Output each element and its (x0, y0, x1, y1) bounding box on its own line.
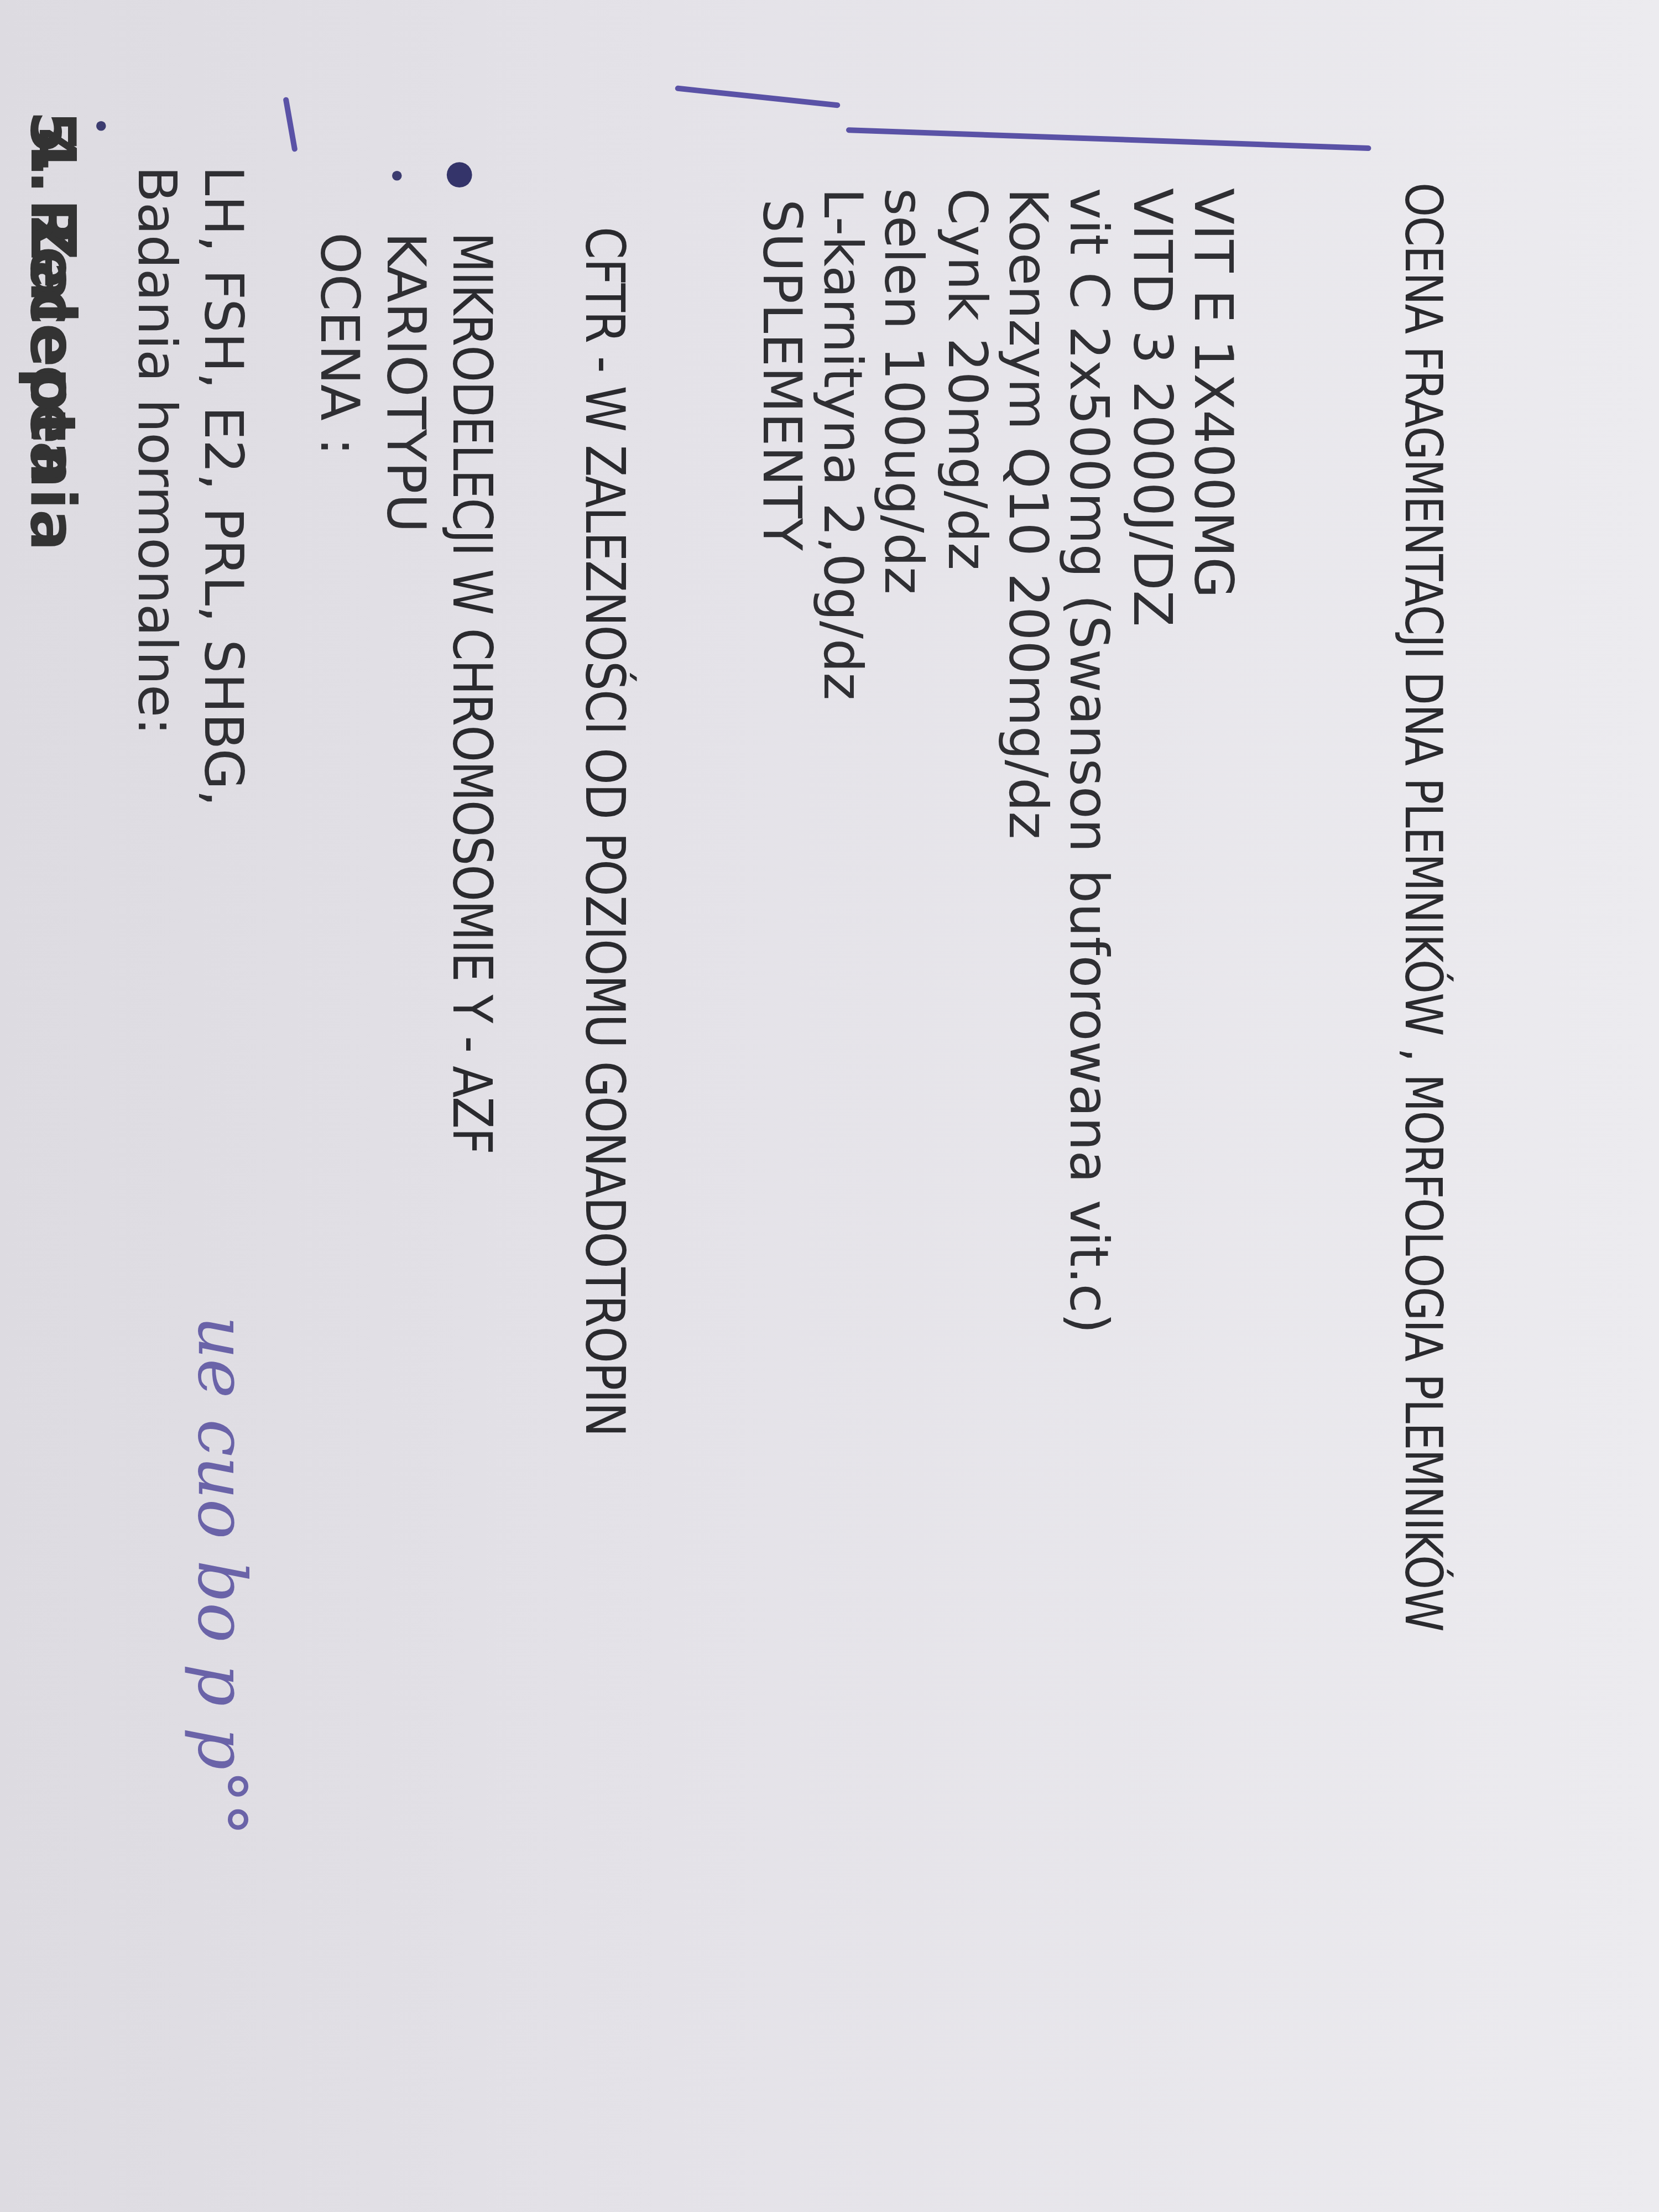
pen-bracket-vertical (846, 127, 1371, 151)
supplement-item: selen 100ug/dz (873, 188, 935, 594)
hormonal-tests-label: Badania hormonalne: (126, 166, 188, 735)
section-5-number: 5. (17, 111, 88, 177)
further-assessment: OCENA FRAGMENTACJI DNA PLEMNIKÓW , MORFO… (1394, 182, 1453, 1631)
assessment-label: OCENA : (309, 232, 371, 456)
supplement-item: VIT E 1X400MG (1182, 188, 1244, 598)
assessment-item: MIKRODELECJI W CHROMOSOMIE Y - AZF (440, 232, 503, 1154)
hormonal-tests-items: LH, FSH, E2, PRL, SHBG, (192, 166, 254, 806)
pen-bracket-top (675, 85, 840, 108)
assessment-item: KARIOTYPU (375, 232, 437, 533)
pen-bracket-bottom (283, 97, 298, 152)
assessment-item: CFTR - W ZALEZNOŚCI OD POZIOMU GONADOTRO… (573, 227, 636, 1436)
section-5-title: Recepta (17, 199, 88, 483)
bullet-icon: • (376, 166, 415, 185)
supplements-label: SUPLEMENTY (751, 199, 813, 551)
supplement-item: vit C 2x500mg (Swanson buforowana vit.c) (1058, 188, 1120, 1334)
supplement-item: VITD 3 2000J/DZ (1121, 188, 1183, 627)
bullet-icon: ● (442, 160, 481, 189)
supplement-item: Koenzym Q10 200mg/dz (997, 188, 1059, 839)
supplement-item: L-karnityna 2,0g/dz (812, 188, 874, 700)
section-5-heading: 5. Recepta (17, 111, 88, 483)
document-page: 4. Zalecenia • Badania hormonalne: LH, F… (0, 0, 1659, 2212)
supplement-item: Cynk 20mg/dz (936, 188, 998, 570)
handwritten-note: ue cuo bo p p°° (183, 1316, 260, 1836)
